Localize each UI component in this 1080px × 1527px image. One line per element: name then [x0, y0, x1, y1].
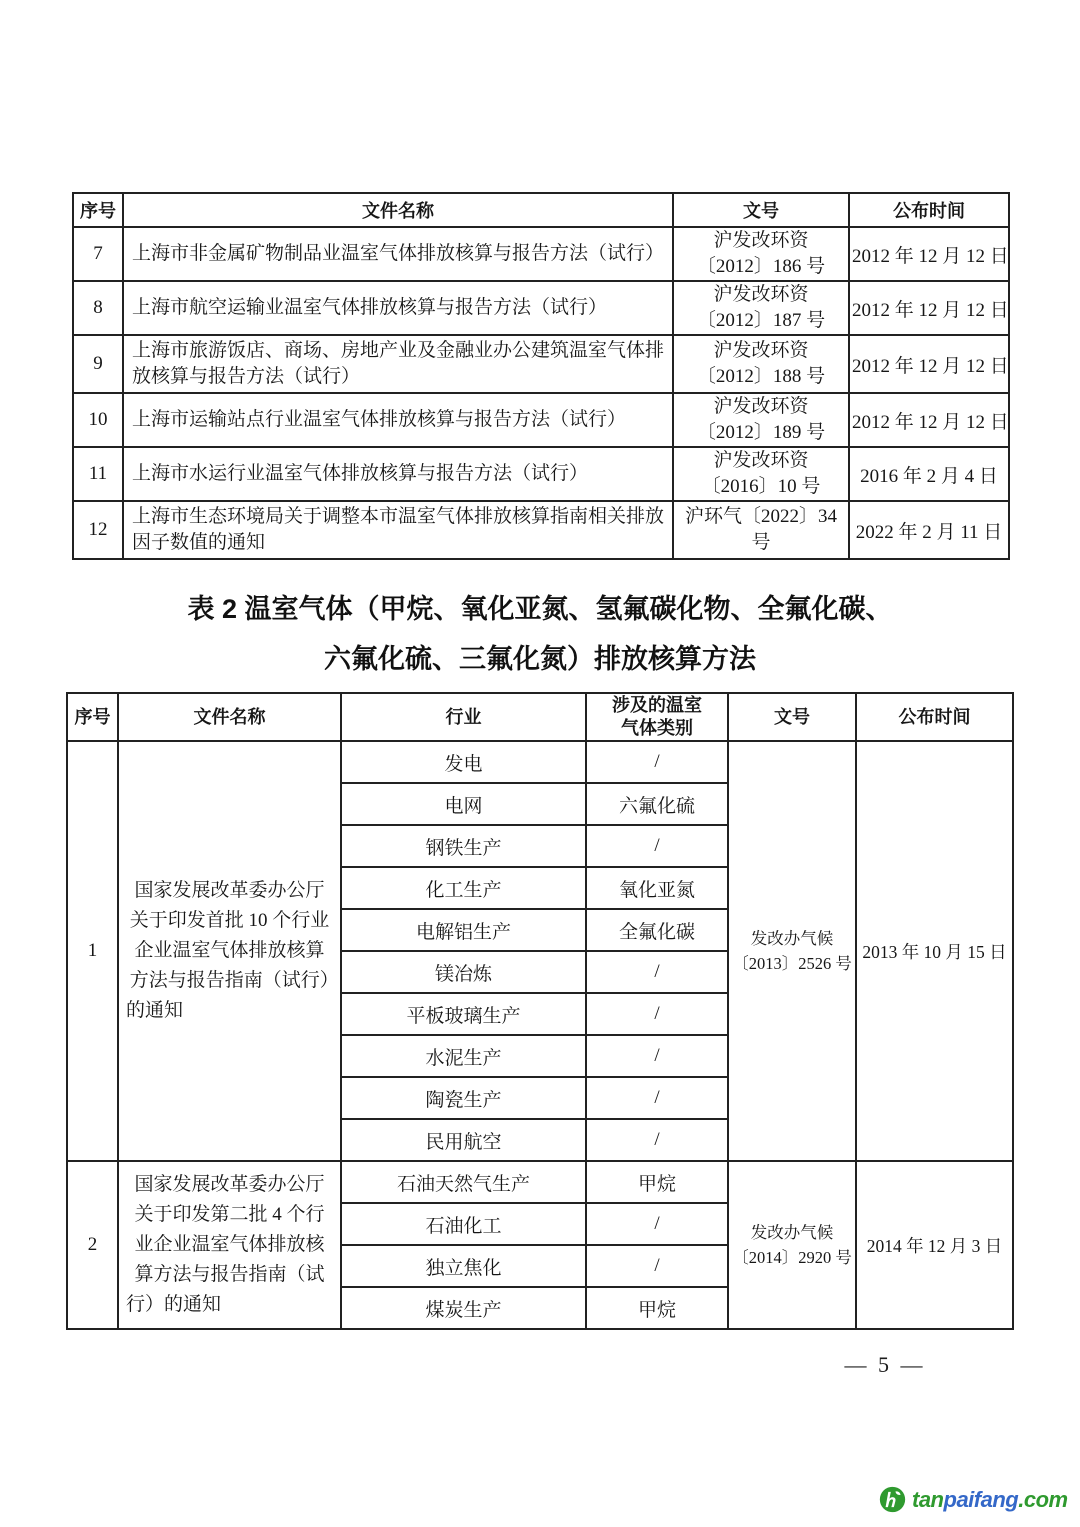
row-number-cell: 9 — [73, 335, 123, 393]
gas-type-cell: / — [586, 825, 728, 867]
doc-name-cell: 上海市水运行业温室气体排放核算与报告方法（试行） — [123, 447, 673, 501]
table-row: 2 国家发展改革委办公厅关于印发第二批 4 个行业企业温室气体排放核算方法与报告… — [67, 1161, 1013, 1203]
industry-cell: 发电 — [341, 741, 586, 783]
gas-type-cell: 全氟化碳 — [586, 909, 728, 951]
brand-text-tan: tan — [912, 1487, 944, 1512]
row-number-cell: 12 — [73, 501, 123, 559]
doc-number-cell: 沪发改环资 〔2016〕10 号 — [673, 447, 849, 501]
doc-number-cell: 沪发改环资 〔2012〕186 号 — [673, 227, 849, 281]
brand-text-paifang: paifang — [944, 1487, 1019, 1512]
gas-type-cell: 甲烷 — [586, 1287, 728, 1329]
doc-name-cell: 上海市旅游饭店、商场、房地产业及金融业办公建筑温室气体排放核算与报告方法（试行） — [123, 335, 673, 393]
table-row: 8 上海市航空运输业温室气体排放核算与报告方法（试行） 沪发改环资 〔2012〕… — [73, 281, 1009, 335]
industry-cell: 电网 — [341, 783, 586, 825]
industry-cell: 独立焦化 — [341, 1245, 586, 1287]
gas-type-cell: / — [586, 951, 728, 993]
gas-type-cell: / — [586, 993, 728, 1035]
doc-number-cell: 沪发改环资 〔2012〕187 号 — [673, 281, 849, 335]
doc-number-cell: 发改办气候 〔2014〕2920 号 — [728, 1161, 856, 1329]
industry-cell: 民用航空 — [341, 1119, 586, 1161]
row-number-cell: 2 — [67, 1161, 118, 1329]
doc-name-cell: 上海市生态环境局关于调整本市温室气体排放核算指南相关排放因子数值的通知 — [123, 501, 673, 559]
industry-cell: 煤炭生产 — [341, 1287, 586, 1329]
publish-date-cell: 2013 年 10 月 15 日 — [856, 741, 1013, 1161]
table-2-gas-accounting-methods: 序号 文件名称 行业 涉及的温室 气体类别 文号 公布时间 1 国家发展改革委办… — [66, 692, 1014, 1330]
gas-type-cell: / — [586, 1035, 728, 1077]
industry-cell: 平板玻璃生产 — [341, 993, 586, 1035]
column-header-doc-name: 文件名称 — [123, 193, 673, 227]
table-2-title: 表 2 温室气体（甲烷、氧化亚氮、氢氟碳化物、全氟化碳、 六氟化硫、三氟化氮）排… — [0, 584, 1080, 684]
doc-name-cell: 上海市非金属矿物制品业温室气体排放核算与报告方法（试行） — [123, 227, 673, 281]
publish-date-cell: 2012 年 12 月 12 日 — [849, 393, 1009, 447]
industry-cell: 陶瓷生产 — [341, 1077, 586, 1119]
brand-text: tanpaifang.com — [912, 1487, 1068, 1513]
gas-type-cell: 甲烷 — [586, 1161, 728, 1203]
doc-name-cell: 上海市航空运输业温室气体排放核算与报告方法（试行） — [123, 281, 673, 335]
publish-date-cell: 2014 年 12 月 3 日 — [856, 1161, 1013, 1329]
publish-date-cell: 2022 年 2 月 11 日 — [849, 501, 1009, 559]
doc-name-cell: 上海市运输站点行业温室气体排放核算与报告方法（试行） — [123, 393, 673, 447]
column-header-industry: 行业 — [341, 693, 586, 741]
publish-date-cell: 2016 年 2 月 4 日 — [849, 447, 1009, 501]
gas-type-cell: / — [586, 1077, 728, 1119]
table-2-header-row: 序号 文件名称 行业 涉及的温室 气体类别 文号 公布时间 — [67, 693, 1013, 741]
industry-cell: 水泥生产 — [341, 1035, 586, 1077]
industry-cell: 电解铝生产 — [341, 909, 586, 951]
column-header-index: 序号 — [67, 693, 118, 741]
column-header-gas-type: 涉及的温室 气体类别 — [586, 693, 728, 741]
column-header-publish-date: 公布时间 — [849, 193, 1009, 227]
table-row: 11 上海市水运行业温室气体排放核算与报告方法（试行） 沪发改环资 〔2016〕… — [73, 447, 1009, 501]
gas-type-cell: / — [586, 1245, 728, 1287]
table-row: 7 上海市非金属矿物制品业温室气体排放核算与报告方法（试行） 沪发改环资 〔20… — [73, 227, 1009, 281]
table-2-title-line1: 表 2 温室气体（甲烷、氧化亚氮、氢氟碳化物、全氟化碳、 — [0, 584, 1080, 634]
publish-date-cell: 2012 年 12 月 12 日 — [849, 335, 1009, 393]
doc-number-cell: 沪发改环资 〔2012〕188 号 — [673, 335, 849, 393]
row-number-cell: 7 — [73, 227, 123, 281]
industry-cell: 化工生产 — [341, 867, 586, 909]
gas-type-cell: 六氟化硫 — [586, 783, 728, 825]
table-row: 12 上海市生态环境局关于调整本市温室气体排放核算指南相关排放因子数值的通知 沪… — [73, 501, 1009, 559]
row-number-cell: 10 — [73, 393, 123, 447]
column-header-publish-date: 公布时间 — [856, 693, 1013, 741]
gas-type-cell: / — [586, 741, 728, 783]
table-row: 10 上海市运输站点行业温室气体排放核算与报告方法（试行） 沪发改环资 〔201… — [73, 393, 1009, 447]
page-number: — 5 — — [780, 1352, 990, 1378]
doc-number-cell: 发改办气候 〔2013〕2526 号 — [728, 741, 856, 1161]
industry-cell: 石油天然气生产 — [341, 1161, 586, 1203]
column-header-doc-name: 文件名称 — [118, 693, 341, 741]
brand-text-com: .com — [1018, 1487, 1067, 1512]
column-header-doc-number: 文号 — [728, 693, 856, 741]
gas-type-cell: / — [586, 1203, 728, 1245]
table-row: 9 上海市旅游饭店、商场、房地产业及金融业办公建筑温室气体排放核算与报告方法（试… — [73, 335, 1009, 393]
gas-type-cell: 氧化亚氮 — [586, 867, 728, 909]
tanpaifang-watermark: tanpaifang.com — [879, 1486, 1068, 1513]
tanpaifang-logo-icon — [879, 1486, 906, 1513]
row-number-cell: 1 — [67, 741, 118, 1161]
table-1-header-row: 序号 文件名称 文号 公布时间 — [73, 193, 1009, 227]
doc-number-cell: 沪发改环资 〔2012〕189 号 — [673, 393, 849, 447]
column-header-index: 序号 — [73, 193, 123, 227]
gas-type-cell: / — [586, 1119, 728, 1161]
column-header-doc-number: 文号 — [673, 193, 849, 227]
row-number-cell: 8 — [73, 281, 123, 335]
publish-date-cell: 2012 年 12 月 12 日 — [849, 281, 1009, 335]
table-2-title-line2: 六氟化硫、三氟化氮）排放核算方法 — [0, 634, 1080, 684]
table-1-accounting-methods: 序号 文件名称 文号 公布时间 7 上海市非金属矿物制品业温室气体排放核算与报告… — [72, 192, 1010, 560]
industry-cell: 石油化工 — [341, 1203, 586, 1245]
industry-cell: 镁冶炼 — [341, 951, 586, 993]
doc-name-cell: 国家发展改革委办公厅关于印发第二批 4 个行业企业温室气体排放核算方法与报告指南… — [118, 1161, 341, 1329]
doc-name-cell: 国家发展改革委办公厅关于印发首批 10 个行业企业温室气体排放核算方法与报告指南… — [118, 741, 341, 1161]
row-number-cell: 11 — [73, 447, 123, 501]
table-row: 1 国家发展改革委办公厅关于印发首批 10 个行业企业温室气体排放核算方法与报告… — [67, 741, 1013, 783]
industry-cell: 钢铁生产 — [341, 825, 586, 867]
document-page: 序号 文件名称 文号 公布时间 7 上海市非金属矿物制品业温室气体排放核算与报告… — [0, 0, 1080, 1527]
doc-number-cell: 沪环气〔2022〕34 号 — [673, 501, 849, 559]
publish-date-cell: 2012 年 12 月 12 日 — [849, 227, 1009, 281]
